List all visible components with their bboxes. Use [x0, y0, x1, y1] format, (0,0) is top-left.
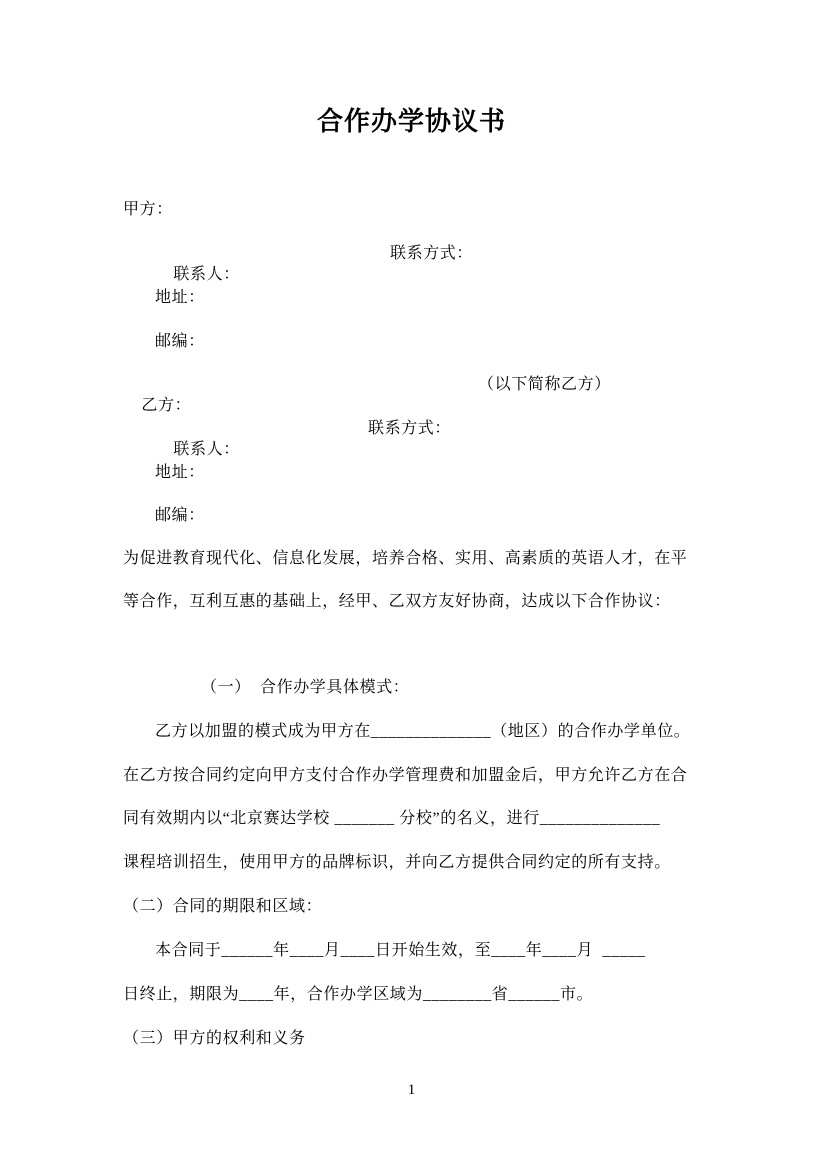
section-1-line-4: 课程培训招生，使用甲方的品牌标识，并向乙方提供合同约定的所有支持。: [123, 852, 671, 873]
party-a-contact-method-label: 联系方式：: [390, 243, 473, 264]
section-1-line-3: 同有效期内以“北京赛达学校 _______ 分校”的名义，进行_________…: [123, 808, 660, 829]
section-2-line-1: 本合同于______年____月____日开始生效，至____年____月 __…: [155, 940, 645, 961]
party-a-label: 甲方：: [123, 199, 173, 220]
party-a-contact-row: 联系人： 联系方式：: [155, 243, 240, 327]
document-page: 合作办学协议书 甲方： 联系人： 联系方式： 地址： 邮编： 乙方： （以下简称…: [0, 0, 823, 1165]
section-1-line-2: 在乙方按合同约定向甲方支付合作办学管理费和加盟金后，甲方允许乙方在合: [123, 765, 687, 786]
section-1-line-1: 乙方以加盟的模式成为甲方在______________（地区）的合作办学单位。: [155, 721, 690, 742]
party-a-zip-label: 邮编：: [155, 331, 205, 352]
party-b-address-label: 地址：: [155, 462, 205, 483]
party-b-alias-note: （以下简称乙方）: [478, 374, 611, 395]
section-2-heading: （二）合同的期限和区域：: [123, 896, 322, 917]
party-b-zip-label: 邮编：: [155, 505, 205, 526]
preamble-line-2: 等合作，互利互惠的基础上，经甲、乙双方友好协商，达成以下合作协议：: [123, 591, 671, 612]
party-a-contact-label: 联系人：: [173, 266, 239, 283]
party-b-contact-label: 联系人：: [173, 441, 239, 458]
party-b-contact-row: 联系人： 联系方式：: [155, 418, 240, 502]
preamble-line-1: 为促进教育现代化、信息化发展，培养合格、实用、高素质的英语人才，在平: [123, 548, 687, 569]
document-title: 合作办学协议书: [0, 101, 823, 138]
section-2-line-2: 日终止，期限为____年，合作办学区域为________省______市。: [123, 984, 593, 1005]
section-1-heading: （一） 合作办学具体模式：: [201, 677, 409, 698]
page-number: 1: [0, 1082, 823, 1099]
party-b-contact-method-label: 联系方式：: [368, 418, 451, 439]
party-b-label: 乙方：: [141, 397, 191, 414]
party-a-address-label: 地址：: [155, 287, 205, 308]
section-3-heading: （三）甲方的权利和义务: [123, 1028, 306, 1049]
